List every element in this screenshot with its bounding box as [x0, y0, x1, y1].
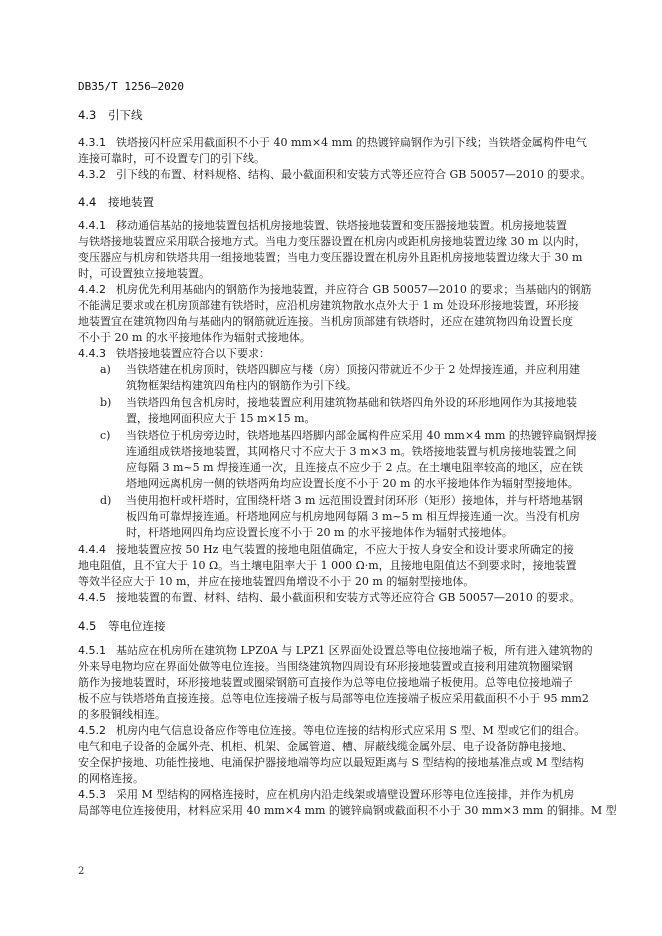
list-item-text-line: 应每隔 3 m~5 m 焊接连通一次，且连接点不应少于 2 点。在土壤电阻率较高…	[126, 461, 583, 475]
clause-text-line: 时，可设置独立接地装置。	[78, 267, 210, 281]
clause-text-line: 连接可靠时，可不设置专门的引下线。	[78, 152, 265, 166]
clause-4-5-1: 4.5.1基站应在机房所在建筑物 LPZ0A 与 LPZ1 区界面处设置总等电位…	[78, 644, 593, 658]
clause-text-line: 地装置宜在建筑物四角与基础内的钢筋就近连接。当机房顶部建有铁塔时，还应在建筑物四…	[78, 315, 573, 329]
clause-4-4-2: 4.4.2机房优先利用基础内的钢筋作为接地装置，并应符合 GB 50057—20…	[78, 283, 591, 297]
clause-4-4-5: 4.4.5接地装置的布置、材料、结构、最小截面积和安装方式等还应符合 GB 50…	[78, 591, 580, 605]
clause-text-line: 筋作为接地装置时，环形接地装置或圈梁钢筋可直接作为总等电位接地端子板使用。总等电…	[78, 676, 573, 690]
document-id: DB35/T 1256—2020	[78, 80, 184, 93]
list-item-a: a)当铁塔建在机房顶时，铁塔四脚应与楼（房）顶接闪带就近不少于 2 处焊接连通，…	[100, 363, 580, 377]
clause-text-line: 等效半径应大于 10 m，并应在接地装置四角增设不小于 20 m 的辐射型接地体…	[78, 575, 474, 589]
clause-text-line: 板不应与铁塔塔角直接连接。总等电位连接端子板与局部等电位连接端子板应采用截面积不…	[78, 692, 589, 706]
clause-text-line: 的网格连接。	[78, 772, 144, 786]
clause-4-4-4: 4.4.4接地装置应按 50 Hz 电气装置的接地电阻值确定，不应大于按人身安全…	[78, 543, 574, 557]
section-heading-4-3: 4.3引下线	[78, 107, 143, 123]
clause-text-line: 与铁塔接地装置应采用联合接地方式。当电力变压器设置在机房内或距机房接地装置边缘 …	[78, 235, 586, 249]
section-heading-4-5: 4.5等电位连接	[78, 618, 166, 634]
list-item-c: c)当铁塔位于机房旁边时，铁塔地基四塔脚内部金属构件应采用 40 mm×4 mm…	[100, 429, 597, 443]
clause-text-line: 安全保护接地、功能性接地、电涌保护器接地端等均应以最短距离与 S 型结构的接地基…	[78, 756, 584, 770]
clause-text-line: 不小于 20 m 的水平接地体作为辐射式接地体。	[78, 331, 311, 345]
document-page: DB35/T 1256—2020 4.3引下线 4.3.1铁塔接闪杆应采用截面积…	[0, 0, 662, 936]
list-item-text-line: 筑物框架结构建筑四角柱内的钢筋作为引下线。	[126, 379, 357, 393]
page-number: 2	[78, 866, 84, 877]
clause-4-3-2: 4.3.2引下线的布置、材料规格、结构、最小截面积和安装方式等还应符合 GB 5…	[78, 168, 591, 182]
section-heading-4-4: 4.4接地装置	[78, 194, 154, 210]
clause-text-line: 变压器应与机房和铁塔共用一组接地装置；当电力变压器设置在机房外且距机房接地装置边…	[78, 251, 582, 265]
clause-text-line: 局部等电位连接使用，材料应采用 40 mm×4 mm 的镀锌扁钢或截面积不小于 …	[78, 804, 617, 818]
clause-text-line: 地电阻值，且不宜大于 10 Ω。当土壤电阻率大于 1 000 Ω·m，且接地电阻…	[78, 559, 577, 573]
clause-4-5-2: 4.5.2机房内电气信息设备应作等电位连接。等电位连接的结构形式应采用 S 型、…	[78, 724, 585, 738]
list-item-text-line: 板四角可靠焊接连通。杆塔地网应与机房地网每隔 3 m~5 m 相互焊接连通一次。…	[126, 510, 580, 524]
clause-4-4-3: 4.4.3铁塔接地装置应符合以下要求：	[78, 347, 270, 361]
list-item-text-line: 置，接地网面积应大于 15 m×15 m。	[126, 412, 316, 426]
list-item-text-line: 时，杆塔地网四角均应设置长度不小于 20 m 的水平接地体作为辐射式接地体。	[126, 526, 513, 540]
clause-4-4-1: 4.4.1移动通信基站的接地装置包括机房接地装置、铁塔接地装置和变压器接地装置。…	[78, 219, 567, 233]
clause-4-3-1: 4.3.1铁塔接闪杆应采用截面积不小于 40 mm×4 mm 的热镀锌扁钢作为引…	[78, 136, 587, 150]
clause-text-line: 的多股铜线相连。	[78, 708, 166, 722]
list-item-d: d)当使用抱杆或杆塔时，宜围绕杆塔 3 m 远范围设置封闭环形（矩形）接地体，并…	[100, 494, 583, 508]
list-item-b: b)当铁塔四角包含机房时，接地装置应利用建筑物基础和铁塔四角外设的环形地网作为其…	[100, 396, 577, 410]
clause-text-line: 外来导电物均应在界面处做等电位连接。当围绕建筑物四周设有环形接地装置或直接利用建…	[78, 660, 573, 674]
clause-text-line: 电气和电子设备的金属外壳、机柜、机架、金属管道、槽、屏蔽线缆金属外层、电子设备防…	[78, 740, 573, 754]
clause-text-line: 不能满足要求或在机房顶部建有铁塔时，应沿机房建筑物散水点外大于 1 m 处设环形…	[78, 299, 579, 313]
clause-4-5-3: 4.5.3采用 M 型结构的网格连接时，应在机房内沿走线架或墙壁设置环形等电位连…	[78, 788, 574, 802]
list-item-text-line: 塔地网远离机房一侧的铁塔两角均应设置长度不小于 20 m 的水平接地体作为辐射型…	[126, 477, 579, 491]
list-item-text-line: 连通组成铁塔接地装置，其网格尺寸不应大于 3 m×3 m。铁塔接地装置与机房接地…	[126, 445, 577, 459]
